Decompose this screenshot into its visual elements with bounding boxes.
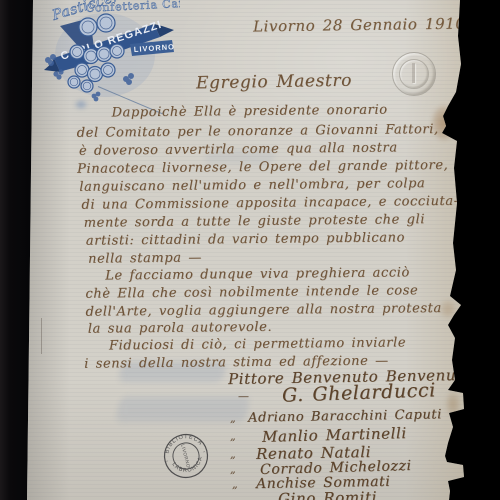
body-line: Dappoichè Ella è presidente onorario xyxy=(111,103,387,121)
ditto-mark: „ xyxy=(230,412,236,425)
body-line: la sua parola autorevole. xyxy=(88,320,273,337)
body-line: chè Ella che così nobilmente intende le … xyxy=(85,283,418,301)
body-line: Le facciamo dunque viva preghiera acciò xyxy=(105,265,410,283)
letter-page: Pasticceria Confetteria Caffè CARLO REGA… xyxy=(0,0,500,500)
ditto-mark: „ xyxy=(230,448,236,461)
body-line: nella stampa — xyxy=(88,251,202,267)
ditto-mark: „ xyxy=(230,463,236,476)
body-line: del Comitato per le onoranze a Giovanni … xyxy=(77,122,439,141)
svg-text:-: - xyxy=(166,458,169,464)
body-line: è doveroso avvertirla come qua alla nost… xyxy=(79,140,398,158)
body-line: languiscano nell'umido e nell'ombra, per… xyxy=(79,176,425,195)
body-line: di una Commissione apposita incapace, e … xyxy=(81,194,458,213)
ditto-mark: — xyxy=(238,390,249,403)
svg-text:-: - xyxy=(203,449,206,455)
signature: Manlio Martinelli xyxy=(262,424,407,446)
signature: Gino Romiti xyxy=(278,488,377,500)
body-line: dell'Arte, voglia aggiungere alla nostra… xyxy=(86,301,442,320)
ditto-mark: „ xyxy=(234,492,240,500)
body-line: mente sorda a tutte le giuste proteste c… xyxy=(84,212,426,231)
ditto-mark: „ xyxy=(230,430,236,443)
body-line: Pinacoteca livornese, le Opere del grand… xyxy=(77,158,448,177)
ditto-mark: „ xyxy=(232,478,238,491)
photo-background: Pasticceria Confetteria Caffè CARLO REGA… xyxy=(0,0,500,500)
body-line: Fiduciosi di ciò, ci permettiamo inviarl… xyxy=(109,335,406,353)
body-line: artisti: cittadini da vario tempo pubbli… xyxy=(86,230,405,248)
stamp-center-text: LIVORNO xyxy=(180,444,191,469)
